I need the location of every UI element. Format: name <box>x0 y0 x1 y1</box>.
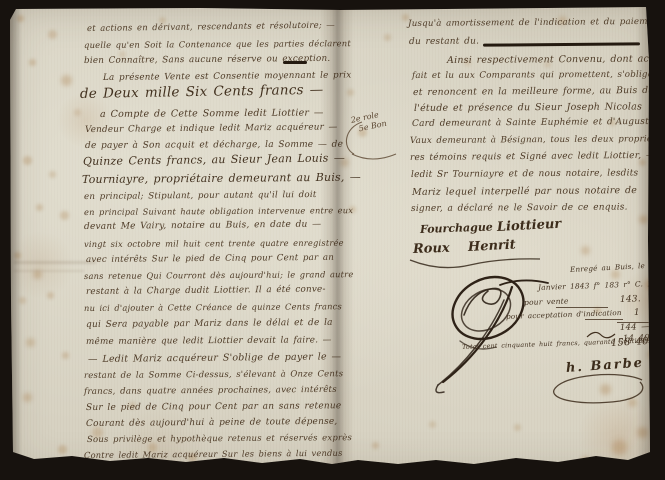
manuscript-line: res témoins requis et Signé avec ledit L… <box>410 152 655 163</box>
manuscript-line: Vaux demeurant à Bésignan, tous les deux… <box>410 135 665 146</box>
manuscript-line: sans retenue Qui Courront dès aujourd'hu… <box>84 270 353 280</box>
registration-item-label: pour vente <box>524 297 569 306</box>
manuscript-line: fait et lu aux Comparants qui promettent… <box>412 71 663 81</box>
manuscript-line: qui Sera payable par Mariz dans le délai… <box>86 319 333 330</box>
manuscript-line: Ainsi respectivement Convenu, dont acte <box>447 55 659 66</box>
manuscript-spread: et actions en dérivant, rescendants et r… <box>0 0 665 480</box>
manuscript-line: restant de la Somme Ci-dessus, s'élevant… <box>84 370 343 380</box>
manuscript-line: de Deux mille Six Cents francs — <box>80 84 324 102</box>
manuscript-line: devant Me Vairy, notaire au Buis, en dat… <box>84 221 321 232</box>
manuscript-line: restant à la Charge dudit Liottier. Il a… <box>86 285 326 296</box>
manuscript-line: Sur le pied de Cinq pour Cent par an san… <box>86 402 341 413</box>
paper-edge-shadow <box>636 0 652 480</box>
registration-header: Enregé au Buis, le neuf <box>570 261 665 273</box>
manuscript-line: Sous privilège et hypothèque retenus et … <box>87 434 352 444</box>
manuscript-line: vingt six octobre mil huit cent trente q… <box>84 239 344 249</box>
manuscript-line: même manière que ledit Liottier devait l… <box>86 336 332 347</box>
collector-signature-flourish <box>540 368 650 408</box>
manuscript-line: Mariz lequel interpellé par nous notaire… <box>412 186 637 197</box>
manuscript-line: Card demeurant à Sainte Euphémie et d'Au… <box>412 118 658 129</box>
manuscript-line: Quinze Cents francs, au Sieur Jean Louis… <box>83 152 345 167</box>
manuscript-line: Jusqu'à amortissement de l'indication et… <box>408 18 663 29</box>
manuscript-line: de payer à Son acquit et décharge, la So… <box>85 141 343 151</box>
manuscript-line: Courant dès aujourd'hui à peine de toute… <box>86 418 338 429</box>
ink-rule <box>483 42 640 46</box>
manuscript-line: du restant du. <box>409 38 479 47</box>
page-fold-gutter <box>320 0 354 480</box>
ink-rule <box>283 61 307 64</box>
signature: Fourchague <box>420 221 493 235</box>
manuscript-line: francs, dans quatre années prochaines, a… <box>84 386 337 397</box>
manuscript-line: et renoncent en la meilleure forme, au B… <box>413 86 665 97</box>
paper-edge-shadow <box>10 0 22 480</box>
manuscript-line: a Compte de Cette Somme ledit Liottier — <box>100 108 324 119</box>
registration-dash <box>585 319 623 320</box>
foxing-spots <box>0 0 5 5</box>
manuscript-line: l'étude et présence du Sieur Joseph Nico… <box>414 102 642 113</box>
manuscript-line: et actions en dérivant, rescendants et r… <box>87 22 335 34</box>
manuscript-line: quelle qu'en Soit la Contenance que les … <box>84 39 351 49</box>
manuscript-line: signer, a déclaré ne le Savoir de ce enq… <box>411 203 628 214</box>
manuscript-line: — Ledit Mariz acquéreur S'oblige de paye… <box>88 352 341 364</box>
manuscript-line: ledit Sr Tourniayre et de nous notaire, … <box>411 169 638 180</box>
paper-crease <box>14 261 96 264</box>
manuscript-line: avec intérêts Sur le pied de Cinq pour C… <box>86 254 334 265</box>
manuscript-line: en principal; Stipulant, pour autant qu'… <box>84 191 317 202</box>
paper-crease <box>14 270 84 272</box>
manuscript-line: Vendeur Charge et indique ledit Mariz ac… <box>85 123 338 134</box>
signature: Liottieur <box>497 218 562 234</box>
manuscript-line: nu ici d'ajouter à Cette Créance de quin… <box>84 302 342 312</box>
manuscript-scan: et actions en dérivant, rescendants et r… <box>0 0 665 480</box>
manuscript-line: Contre ledit Mariz acquéreur Sur les bie… <box>84 449 343 460</box>
manuscript-line: en principal Suivant haute obligation in… <box>84 206 353 216</box>
